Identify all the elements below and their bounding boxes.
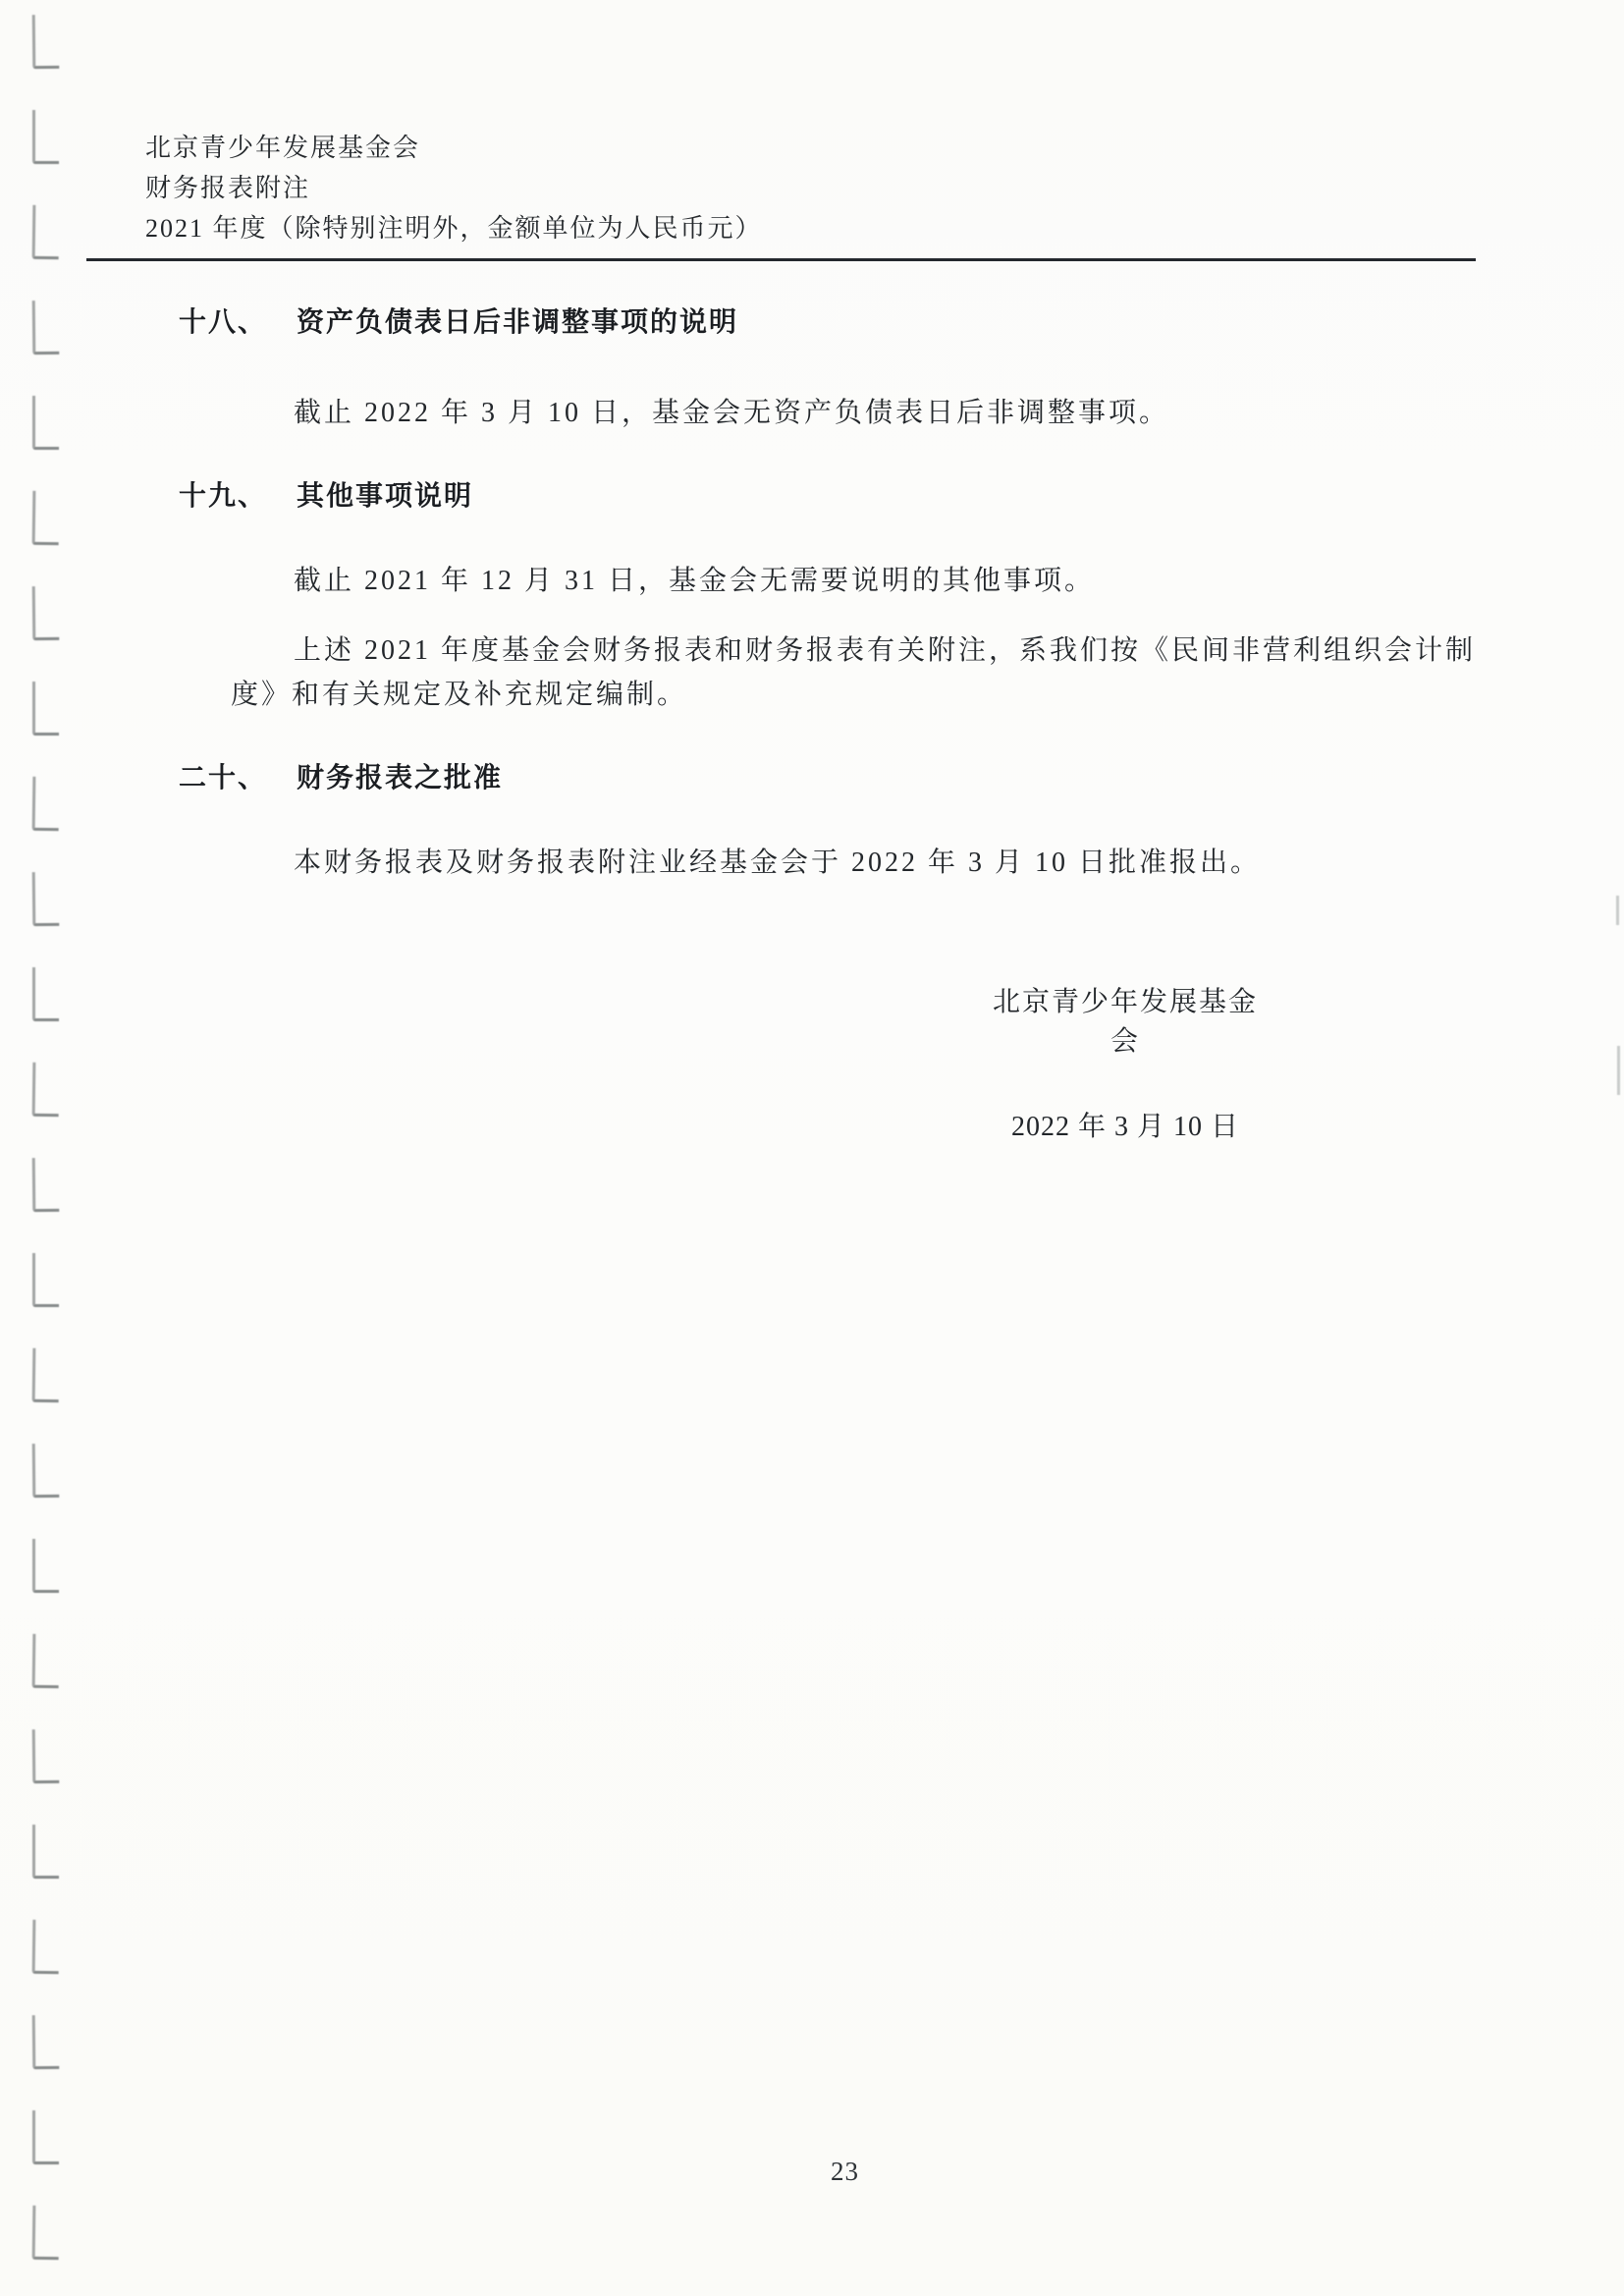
binding-mark [32, 967, 59, 1021]
page-number: 23 [831, 2157, 859, 2187]
binding-mark [32, 1444, 60, 1498]
binding-mark [32, 1634, 60, 1688]
section-title: 财务报表之批准 [297, 756, 503, 795]
paragraph: 上述 2021 年度基金会财务报表和财务报表有关附注，系我们按《民间非营利组织会… [231, 629, 1476, 717]
binding-mark [32, 2110, 59, 2164]
document-header: 北京青少年发展基金会 财务报表附注 2021 年度（除特别注明外，金额单位为人民… [145, 128, 1624, 248]
document-content: 北京青少年发展基金会 财务报表附注 2021 年度（除特别注明外，金额单位为人民… [0, 0, 1624, 885]
binding-mark [32, 1825, 59, 1879]
binding-mark [32, 1063, 60, 1117]
signature-block: 北京青少年发展基金会 2022 年 3 月 10 日 [980, 980, 1271, 1144]
signature-date: 2022 年 3 月 10 日 [980, 1105, 1271, 1144]
section-heading-20: 二十、 财务报表之批准 [179, 756, 1624, 795]
scan-artifact [1617, 1046, 1620, 1095]
paragraph: 截止 2021 年 12 月 31 日，基金会无需要说明的其他事项。 [231, 559, 1476, 603]
header-divider [86, 258, 1476, 261]
header-subtitle: 财务报表附注 [145, 168, 1624, 208]
signature-org: 北京青少年发展基金会 [980, 980, 1271, 1059]
binding-mark [32, 1158, 60, 1212]
section-title: 其他事项说明 [297, 474, 473, 514]
scan-artifact [1616, 896, 1619, 925]
section-number: 十九、 [179, 474, 267, 514]
paragraph: 本财务报表及财务报表附注业经基金会于 2022 年 3 月 10 日批准报出。 [231, 841, 1476, 885]
binding-mark [32, 1348, 60, 1402]
binding-mark [32, 2206, 60, 2260]
binding-mark [32, 1729, 60, 1783]
header-org: 北京青少年发展基金会 [145, 128, 1624, 168]
binding-mark [32, 1920, 60, 1974]
section-heading-19: 十九、 其他事项说明 [179, 474, 1624, 514]
binding-mark [32, 1539, 59, 1593]
binding-mark [32, 1253, 59, 1307]
binding-mark [32, 2015, 60, 2069]
paragraph: 截止 2022 年 3 月 10 日，基金会无资产负债表日后非调整事项。 [231, 391, 1476, 435]
section-number: 十八、 [179, 301, 267, 340]
section-heading-18: 十八、 资产负债表日后非调整事项的说明 [179, 301, 1624, 340]
header-period: 2021 年度（除特别注明外，金额单位为人民币元） [145, 208, 1624, 248]
section-number: 二十、 [179, 756, 267, 795]
scanned-document-page: 北京青少年发展基金会 财务报表附注 2021 年度（除特别注明外，金额单位为人民… [0, 0, 1624, 2296]
section-title: 资产负债表日后非调整事项的说明 [297, 301, 738, 340]
